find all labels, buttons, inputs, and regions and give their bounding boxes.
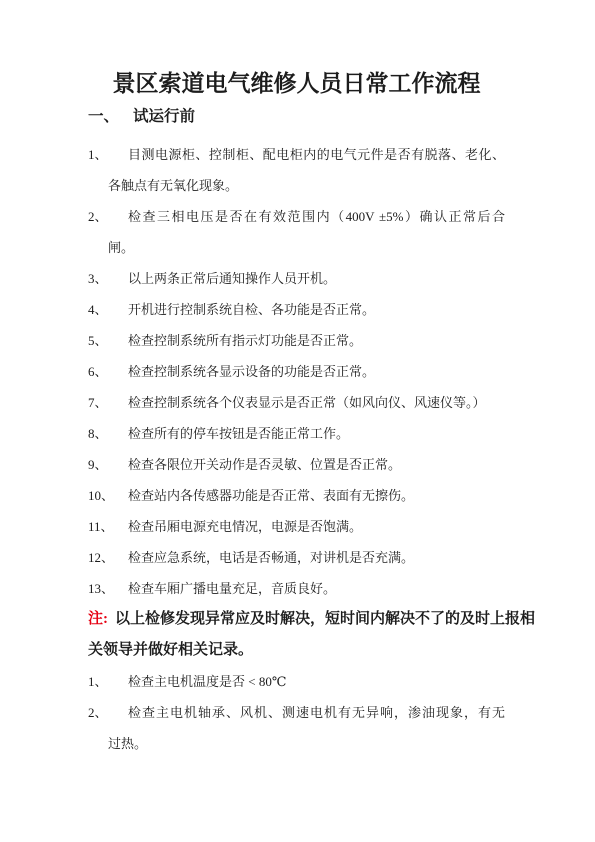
item-line: 检查各限位开关动作是否灵敏、位置是否正常。 (88, 449, 505, 480)
item-number: 10、 (88, 480, 114, 511)
running-checklist: 1、检查主电机温度是否 < 80℃2、检查主电机轴承、风机、测速电机有无异响，渗… (88, 666, 505, 759)
item-number: 1、 (88, 139, 108, 170)
document-page: 景区索道电气维修人员日常工作流程 一、 试运行前 1、目测电源柜、控制柜、配电柜… (0, 0, 595, 842)
item-number: 1、 (88, 666, 108, 697)
checklist-item: 3、以上两条正常后通知操作人员开机。 (88, 263, 505, 294)
item-number: 9、 (88, 449, 108, 480)
item-number: 2、 (88, 201, 108, 232)
item-number: 8、 (88, 418, 108, 449)
checklist-item: 5、检查控制系统所有指示灯功能是否正常。 (88, 325, 505, 356)
item-number: 13、 (88, 573, 114, 604)
checklist-item: 11、检查吊厢电源充电情况，电源是否饱满。 (88, 511, 505, 542)
page-content: 景区索道电气维修人员日常工作流程 一、 试运行前 1、目测电源柜、控制柜、配电柜… (88, 66, 505, 759)
checklist-item: 6、检查控制系统各显示设备的功能是否正常。 (88, 356, 505, 387)
item-line: 检查控制系统各显示设备的功能是否正常。 (88, 356, 505, 387)
item-line: 目测电源柜、控制柜、配电柜内的电气元件是否有脱落、老化、 (88, 139, 505, 170)
section-heading: 一、 试运行前 (88, 102, 505, 132)
item-line: 检查控制系统所有指示灯功能是否正常。 (88, 325, 505, 356)
item-line: 检查所有的停车按钮是否能正常工作。 (88, 418, 505, 449)
note-label: 注: (88, 611, 115, 627)
note-line-2: 关领导并做好相关记录。 (88, 635, 505, 666)
item-line: 闸。 (88, 232, 505, 263)
document-title: 景区索道电气维修人员日常工作流程 (88, 66, 505, 102)
item-line: 检查吊厢电源充电情况，电源是否饱满。 (88, 511, 505, 542)
checklist-item: 9、检查各限位开关动作是否灵敏、位置是否正常。 (88, 449, 505, 480)
checklist-item: 10、检查站内各传感器功能是否正常、表面有无擦伤。 (88, 480, 505, 511)
checklist-item: 2、检查三相电压是否在有效范围内（400V ±5%）确认正常后合闸。 (88, 201, 505, 263)
checklist-item: 1、目测电源柜、控制柜、配电柜内的电气元件是否有脱落、老化、各触点有无氧化现象。 (88, 139, 505, 201)
item-number: 12、 (88, 542, 114, 573)
note-text: 以上检修发现异常应及时解决，短时间内解决不了的及时上报相 (115, 611, 535, 627)
item-line: 以上两条正常后通知操作人员开机。 (88, 263, 505, 294)
item-number: 6、 (88, 356, 108, 387)
checklist-item: 2、检查主电机轴承、风机、测速电机有无异响，渗油现象，有无过热。 (88, 697, 505, 759)
item-line: 检查控制系统各个仪表显示是否正常（如风向仪、风速仪等。） (88, 387, 505, 418)
item-number: 4、 (88, 294, 108, 325)
item-line: 过热。 (88, 728, 505, 759)
item-line: 检查三相电压是否在有效范围内（400V ±5%）确认正常后合 (88, 201, 505, 232)
item-line: 各触点有无氧化现象。 (88, 170, 505, 201)
item-number: 5、 (88, 325, 108, 356)
checklist-item: 1、检查主电机温度是否 < 80℃ (88, 666, 505, 697)
item-line: 检查车厢广播电量充足，音质良好。 (88, 573, 505, 604)
item-line: 开机进行控制系统自检、各功能是否正常。 (88, 294, 505, 325)
section-number: 一、 (88, 102, 119, 132)
note-line-1: 注:以上检修发现异常应及时解决，短时间内解决不了的及时上报相 (88, 604, 505, 635)
checklist-item: 7、检查控制系统各个仪表显示是否正常（如风向仪、风速仪等。） (88, 387, 505, 418)
item-line: 检查主电机轴承、风机、测速电机有无异响，渗油现象，有无 (88, 697, 505, 728)
item-number: 11、 (88, 511, 114, 542)
section-title: 试运行前 (88, 102, 505, 132)
checklist-item: 4、开机进行控制系统自检、各功能是否正常。 (88, 294, 505, 325)
item-line: 检查站内各传感器功能是否正常、表面有无擦伤。 (88, 480, 505, 511)
item-number: 3、 (88, 263, 108, 294)
checklist-item: 13、检查车厢广播电量充足，音质良好。 (88, 573, 505, 604)
checklist-item: 8、检查所有的停车按钮是否能正常工作。 (88, 418, 505, 449)
item-line: 检查应急系统，电话是否畅通，对讲机是否充满。 (88, 542, 505, 573)
checklist-item: 12、检查应急系统，电话是否畅通，对讲机是否充满。 (88, 542, 505, 573)
item-number: 2、 (88, 697, 108, 728)
item-line: 检查主电机温度是否 < 80℃ (88, 666, 505, 697)
item-number: 7、 (88, 387, 108, 418)
pre-run-checklist: 1、目测电源柜、控制柜、配电柜内的电气元件是否有脱落、老化、各触点有无氧化现象。… (88, 139, 505, 604)
note-paragraph: 注:以上检修发现异常应及时解决，短时间内解决不了的及时上报相 关领导并做好相关记… (88, 604, 505, 666)
